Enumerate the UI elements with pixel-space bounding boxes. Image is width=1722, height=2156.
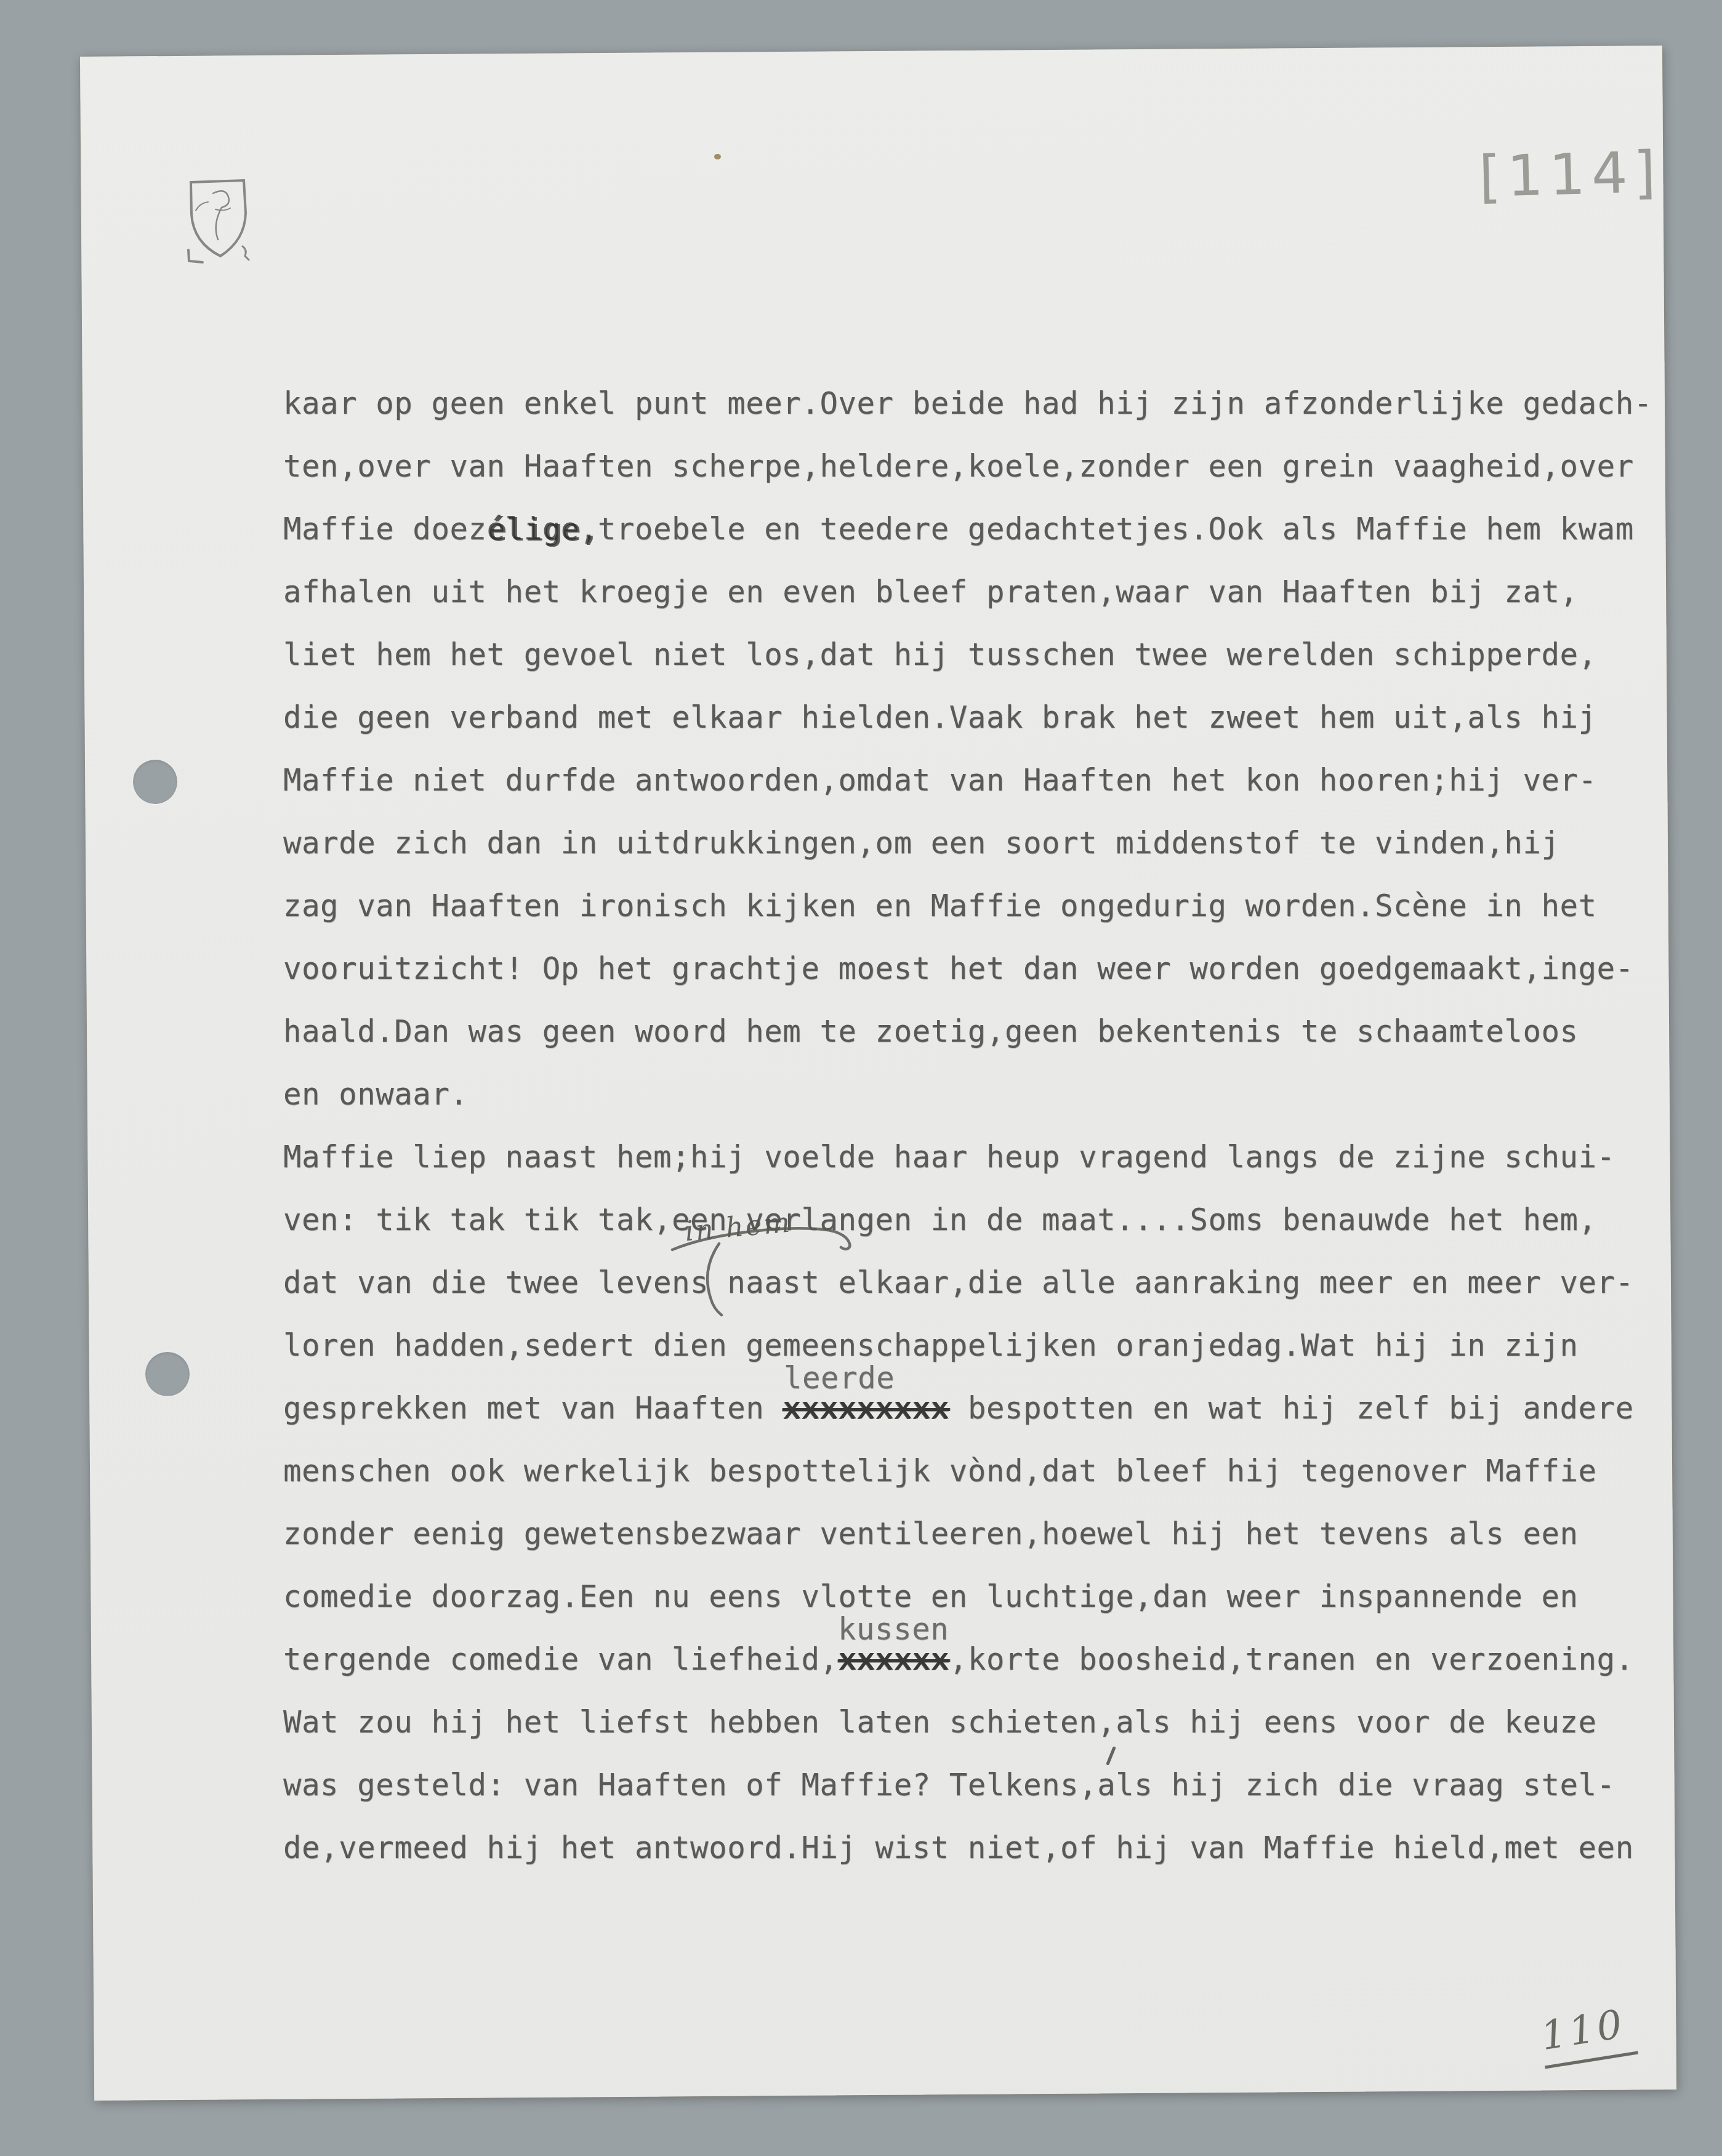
- typed-line-segment: bespotten en wat hij zelf bij andere: [949, 1391, 1634, 1426]
- typed-line: comedie doorzag.Een nu eens vlotte en lu…: [283, 1581, 1579, 1613]
- typed-line: die geen verband met elkaar hielden.Vaak…: [283, 702, 1597, 734]
- punch-hole: [133, 760, 177, 804]
- typed-line: vooruitzicht! Op het grachtje moest het …: [283, 953, 1634, 985]
- typed-line: de,vermeed hij het antwoord.Hij wist nie…: [283, 1832, 1634, 1864]
- typed-line-segment: ,korte boosheid,tranen en verzoening.: [949, 1642, 1634, 1677]
- typed-line: ten,over van Haaften scherpe,heldere,koe…: [283, 451, 1634, 483]
- typed-correction-kussen: kussen: [838, 1612, 949, 1647]
- typed-line: gesprekken met van Haaften xxxxxxxxx bes…: [283, 1393, 1634, 1425]
- typed-line: Maffie niet durfde antwoorden,omdat van …: [283, 765, 1597, 797]
- stray-accent-mark: [1106, 1746, 1116, 1766]
- typed-line: liet hem het gevoel niet los,dat hij tus…: [283, 639, 1597, 671]
- typed-line: Maffie liep naast hem;hij voelde haar he…: [283, 1141, 1615, 1173]
- typed-line: haald.Dan was geen woord hem te zoetig,g…: [283, 1016, 1579, 1048]
- typed-line-segment: tergende comedie van liefheid,: [283, 1642, 839, 1677]
- scan-background: { "page": { "pencil_number_top": "[114]"…: [0, 0, 1722, 2156]
- typed-line: warde zich dan in uitdrukkingen,om een s…: [283, 827, 1559, 859]
- insertion-caret-mark: [659, 1209, 862, 1338]
- shield-stamp-icon: [183, 177, 256, 265]
- pencil-page-number-top: [114]: [1478, 139, 1663, 210]
- pencil-page-number-bottom: 110: [1537, 2000, 1638, 2069]
- typed-line: tergende comedie van liefheid,xxxxxx,kor…: [283, 1644, 1634, 1676]
- typed-line-segment: gesprekken met van Haaften: [283, 1391, 783, 1426]
- typed-line: zonder eenig gewetensbezwaar ventileeren…: [283, 1518, 1579, 1550]
- manuscript-page: [114] kaar op geen enkel punt meer.Over …: [80, 46, 1676, 2101]
- typed-line: ven: tik tak tik tak,een verlangen in de…: [283, 1204, 1597, 1236]
- typed-line: zag van Haaften ironisch kijken en Maffi…: [283, 890, 1597, 922]
- typed-line: Maffie doezélige,troebele en teedere ged…: [283, 513, 1634, 545]
- overtyped-correction: élige,: [488, 515, 599, 547]
- typed-line: loren hadden,sedert dien gemeenschappeli…: [283, 1330, 1579, 1362]
- paper-speck: [714, 154, 721, 159]
- typed-line: Wat zou hij het liefst hebben laten schi…: [283, 1707, 1597, 1739]
- struck-out-word: xxxxxxxxx: [783, 1391, 949, 1426]
- typed-line: kaar op geen enkel punt meer.Over beide …: [283, 388, 1652, 420]
- typed-line: dat van die twee levens naast elkaar,die…: [283, 1267, 1634, 1299]
- typed-line: menschen ook werkelijk bespottelijk vònd…: [283, 1455, 1597, 1487]
- punch-hole: [145, 1352, 190, 1396]
- struck-out-word: xxxxxx: [839, 1642, 949, 1677]
- typed-correction-leerde: leerde: [784, 1361, 895, 1396]
- page-content: [114] kaar op geen enkel punt meer.Over …: [80, 57, 1662, 2101]
- typed-line: afhalen uit het kroegje en even bleef pr…: [283, 576, 1579, 608]
- typed-line: en onwaar.: [283, 1079, 469, 1111]
- typed-line: was gesteld: van Haaften of Maffie? Telk…: [283, 1769, 1615, 1801]
